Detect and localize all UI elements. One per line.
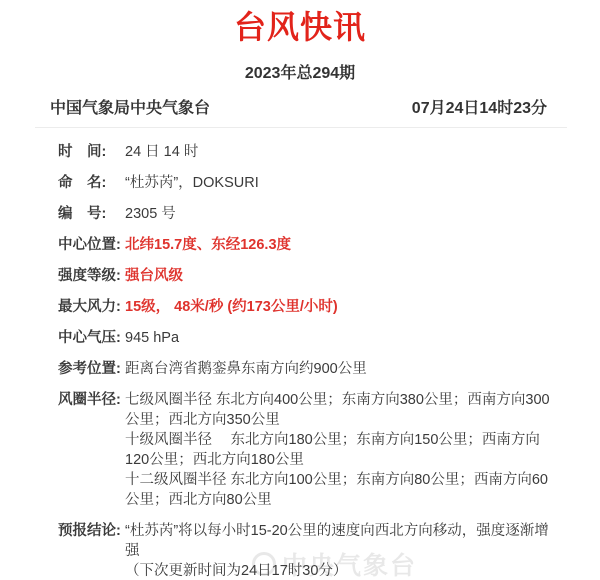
wind-circle-line-7: 七级风圈半径 东北方向400公里；东南方向380公里；西南方向300公里；西北方… — [125, 390, 560, 430]
row-reference-position: 参考位置: 距离台湾省鹅銮鼻东南方向约900公里 — [58, 359, 560, 379]
issue-number: 2023年总294期 — [0, 65, 600, 83]
row-label: 参考位置: — [58, 359, 125, 379]
bulletin-header: 中国气象局中央气象台 07月24日14时23分 — [0, 99, 600, 119]
row-value: 距离台湾省鹅銮鼻东南方向约900公里 — [125, 359, 560, 379]
typhoon-bulletin-page: 台风快讯 2023年总294期 中国气象局中央气象台 07月24日14时23分 … — [0, 0, 600, 580]
forecast-text: “杜苏芮”将以每小时15-20公里的速度向西北方向移动，强度逐渐增强 — [125, 521, 560, 561]
row-number: 编 号: 2305 号 — [58, 204, 560, 224]
publish-time: 07月24日14时23分 — [412, 99, 547, 119]
row-value: “杜苏芮”将以每小时15-20公里的速度向西北方向移动，强度逐渐增强 （下次更新… — [125, 521, 560, 580]
row-wind-circle-radius: 风圈半径: 七级风圈半径 东北方向400公里；东南方向380公里；西南方向300… — [58, 390, 560, 510]
row-value: 15级， 48米/秒 (约173公里/小时) — [125, 297, 560, 317]
row-value: 2305 号 — [125, 204, 560, 224]
row-label: 风圈半径: — [58, 390, 125, 410]
row-label: 编 号: — [58, 204, 125, 224]
header-divider — [35, 127, 567, 128]
row-value: 945 hPa — [125, 328, 560, 348]
row-label: 命 名: — [58, 173, 125, 193]
row-label: 预报结论: — [58, 521, 125, 541]
row-label: 中心气压: — [58, 328, 125, 348]
row-center-pressure: 中心气压: 945 hPa — [58, 328, 560, 348]
next-update-time: （下次更新时间为24日17时30分） — [125, 561, 560, 580]
bulletin-rows: 时 间: 24 日 14 时 命 名: “杜苏芮”，DOKSURI 编 号: 2… — [0, 142, 600, 580]
row-time: 时 间: 24 日 14 时 — [58, 142, 560, 162]
row-value: 24 日 14 时 — [125, 142, 560, 162]
row-name: 命 名: “杜苏芮”，DOKSURI — [58, 173, 560, 193]
row-label: 时 间: — [58, 142, 125, 162]
row-center-position: 中心位置: 北纬15.7度、东经126.3度 — [58, 235, 560, 255]
row-value: 强台风级 — [125, 266, 560, 286]
row-label: 最大风力: — [58, 297, 125, 317]
agency-name: 中国气象局中央气象台 — [50, 99, 210, 119]
row-label: 中心位置: — [58, 235, 125, 255]
row-max-wind: 最大风力: 15级， 48米/秒 (约173公里/小时) — [58, 297, 560, 317]
row-intensity: 强度等级: 强台风级 — [58, 266, 560, 286]
row-label: 强度等级: — [58, 266, 125, 286]
row-value: “杜苏芮”，DOKSURI — [125, 173, 560, 193]
page-title: 台风快讯 — [0, 0, 600, 45]
row-value: 北纬15.7度、东经126.3度 — [125, 235, 560, 255]
wind-circle-line-12: 十二级风圈半径 东北方向100公里；东南方向80公里；西南方向60公里；西北方向… — [125, 470, 560, 510]
wind-circle-line-10: 十级风圈半径 东北方向180公里；东南方向150公里；西南方向120公里；西北方… — [125, 430, 560, 470]
row-value: 七级风圈半径 东北方向400公里；东南方向380公里；西南方向300公里；西北方… — [125, 390, 560, 510]
row-forecast-conclusion: 预报结论: “杜苏芮”将以每小时15-20公里的速度向西北方向移动，强度逐渐增强… — [58, 521, 560, 580]
